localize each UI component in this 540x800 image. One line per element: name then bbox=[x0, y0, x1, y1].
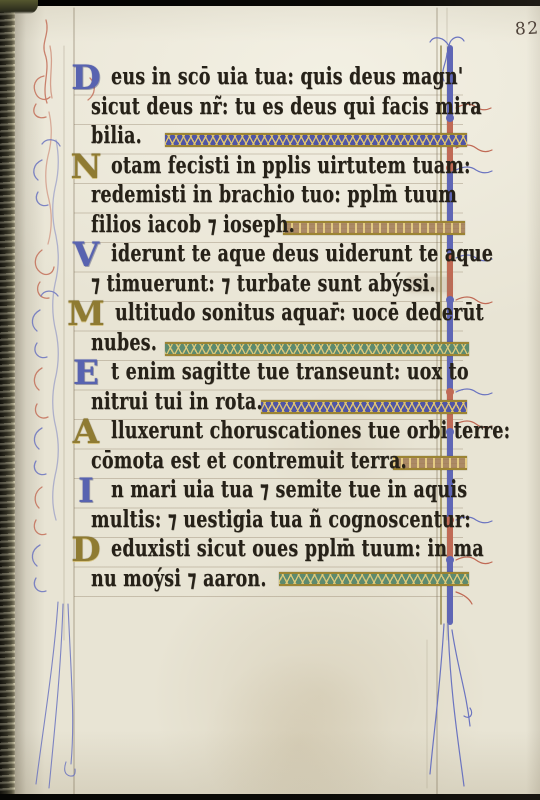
illuminated-initial: D bbox=[59, 532, 113, 568]
verse-line: lluxerunt choruscationes tue orbi terre: bbox=[111, 418, 510, 444]
illuminated-initial: D bbox=[59, 60, 113, 96]
parchment-page: 82 D N V M E A I D eus in scō uia tua: q… bbox=[15, 0, 540, 800]
illuminated-initial: V bbox=[59, 237, 113, 273]
illuminated-initial: E bbox=[59, 355, 113, 391]
binding-corner-edge bbox=[0, 0, 38, 14]
verse-line: nitrui tui in rota. bbox=[91, 389, 263, 415]
verse-line: eduxisti sicut oues pplm̄ tuum: in ma bbox=[111, 536, 484, 562]
verse-line: eus in scō uia tua: quis deus magn' bbox=[111, 64, 463, 90]
verse-line: t enim sagitte tue transeunt: uox to bbox=[111, 359, 469, 385]
illuminated-initial: I bbox=[59, 473, 113, 509]
folio-number: 82 bbox=[514, 18, 540, 39]
illuminated-initial: A bbox=[59, 414, 113, 450]
book-gutter bbox=[0, 0, 15, 800]
line-filler-bar bbox=[261, 400, 467, 414]
verse-line: cōmota est et contremuit terra. bbox=[91, 448, 407, 474]
verse-line: redemisti in brachio tuo: pplm̄ tuum bbox=[91, 182, 457, 208]
line-filler-bar bbox=[279, 572, 469, 586]
verse-line: ⁊ timuerunt: ⁊ turbate sunt abýssi. bbox=[91, 271, 436, 297]
verse-line: nu moýsi ⁊ aaron. bbox=[91, 566, 267, 592]
verse-line: n mari uia tua ⁊ semite tue in aquis bbox=[111, 477, 467, 503]
illuminated-initial: M bbox=[59, 296, 113, 332]
photo-top-edge bbox=[0, 0, 540, 6]
manuscript-photo: 82 D N V M E A I D eus in scō uia tua: q… bbox=[0, 0, 540, 800]
verse-line: iderunt te aque deus uiderunt te aque bbox=[111, 241, 493, 267]
line-filler-bar bbox=[165, 133, 467, 147]
photo-bottom-edge bbox=[0, 794, 540, 800]
line-filler-bar bbox=[165, 342, 469, 356]
verse-line: otam fecisti in pplis uirtutem tuam: bbox=[111, 153, 471, 179]
line-filler-bar bbox=[283, 221, 465, 235]
verse-line: sicut deus nr̃: tu es deus qui facis mir… bbox=[91, 94, 482, 120]
verse-line: filios iacob ⁊ ioseph. bbox=[91, 212, 295, 238]
verse-line: multis: ⁊ uestigia tua ñ cognoscentur: bbox=[91, 507, 471, 533]
verse-line: bilia. bbox=[91, 123, 142, 149]
verse-line: ultitudo sonitus aquar̄: uocē dederūt bbox=[115, 300, 484, 326]
illuminated-initial: N bbox=[59, 149, 113, 185]
